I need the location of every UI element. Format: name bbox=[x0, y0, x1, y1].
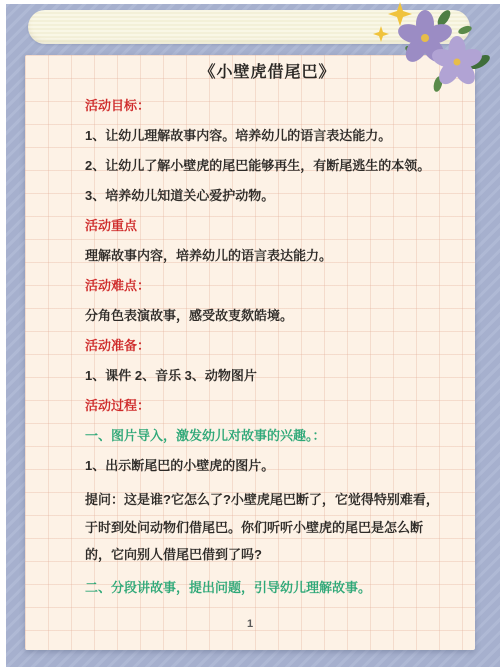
process-step-two: 二、分段讲故事，提出问题，引导幼儿理解故事。 bbox=[85, 578, 450, 597]
question-paragraph-line: 的，它向别人借尾巴借到了吗? bbox=[85, 541, 450, 569]
body-line: 3、培养幼儿知道关心爱护动物。 bbox=[85, 186, 450, 205]
section-heading-focus: 活动重点 bbox=[85, 216, 450, 235]
body-line: 1、出示断尾巴的小壁虎的图片。 bbox=[85, 456, 450, 475]
question-paragraph-line: 于时到处问动物们借尾巴。你们听听小壁虎的尾巴是怎么断 bbox=[85, 514, 450, 542]
body-line: 理解故事内容，培养幼儿的语言表达能力。 bbox=[85, 246, 450, 265]
body-line: 1、让幼儿理解故事内容。培养幼儿的语言表达能力。 bbox=[85, 126, 450, 145]
body-line: 1、课件 2、音乐 3、动物图片 bbox=[85, 366, 450, 385]
section-heading-difficulty: 活动难点： bbox=[85, 276, 450, 295]
process-step-one: 一、图片导入，激发幼儿对故事的兴趣。： bbox=[85, 426, 450, 445]
section-heading-preparation: 活动准备： bbox=[85, 336, 450, 355]
page-number: 1 bbox=[25, 618, 475, 630]
document-paper: 《小壁虎借尾巴》 活动目标： 1、让幼儿理解故事内容。培养幼儿的语言表达能力。 … bbox=[25, 55, 475, 650]
section-heading-process: 活动过程： bbox=[85, 396, 450, 415]
question-paragraph-line: 提问：这是谁?它怎么了?小壁虎尾巴断了，它觉得特别难看， bbox=[85, 486, 450, 514]
document-content: 《小壁虎借尾巴》 活动目标： 1、让幼儿理解故事内容。培养幼儿的语言表达能力。 … bbox=[85, 61, 450, 608]
flower-decoration bbox=[368, 0, 498, 105]
body-line: 分角色表演故事，感受故叓欻皓境。 bbox=[85, 306, 450, 325]
body-line: 2、让幼儿了解小壁虎的尾巴能够再生，有断尾逃生的本领。 bbox=[85, 156, 450, 175]
